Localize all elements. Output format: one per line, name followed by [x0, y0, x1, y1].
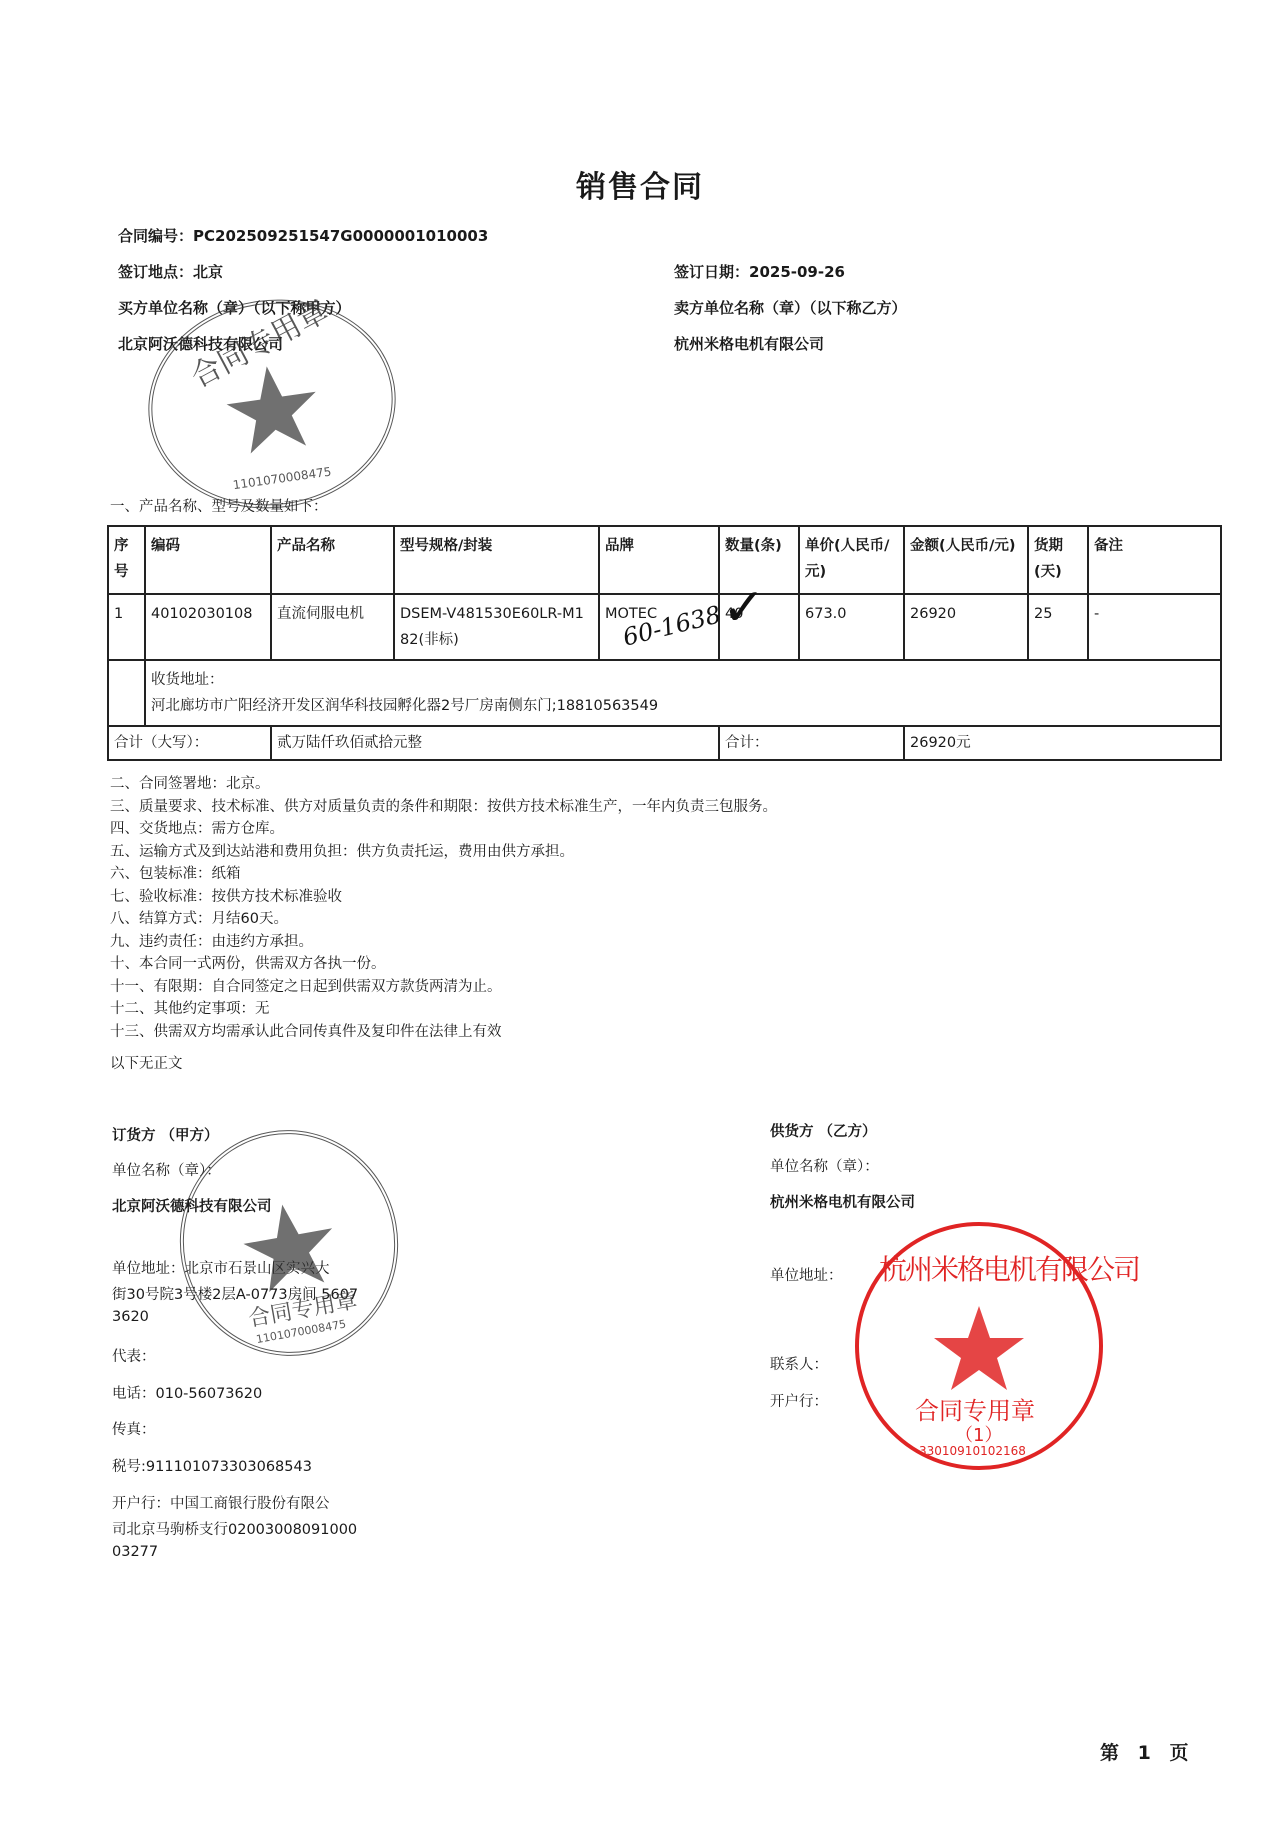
seller-label: 卖方单位名称（章）（以下称乙方） [674, 297, 907, 318]
seal-code: 1101070008475 [232, 464, 332, 492]
term-item: 二、合同签署地：北京。 [110, 773, 777, 796]
cell-lead-time: 25 [1028, 594, 1088, 660]
cell-name: 直流伺服电机 [271, 594, 394, 660]
seller-unit-name-label: 单位名称（章）： [770, 1155, 879, 1176]
sign-date-label: 签订日期： [674, 263, 749, 281]
buyer-unit-name: 北京阿沃德科技有限公司 [112, 1195, 272, 1216]
end-note: 以下无正文 [110, 1052, 183, 1073]
seal-sub-text: （1） [955, 1421, 1002, 1447]
total-upper-label: 合计（大写）： [108, 726, 271, 760]
cell-code: 40102030108 [145, 594, 271, 660]
delivery-address-cell: 收货地址： 河北廊坊市广阳经济开发区润华科技园孵化器2号厂房南侧东门;18810… [145, 660, 1221, 726]
col-unit-price: 单价(人民币/元) [799, 526, 904, 594]
contract-title: 销售合同 [0, 162, 1280, 206]
buyer-fax-label: 传真： [112, 1418, 156, 1439]
seal-code: 1101070008475 [255, 1317, 347, 1346]
seller-company-seal: 杭州米格电机有限公司 合同专用章 （1） 3301091010216​8 [855, 1222, 1103, 1470]
cell-model: DSEM-V481530E60LR-M182(非标) [394, 594, 599, 660]
table-header-row: 序号 编码 产品名称 型号规格/封装 品牌 数量(条) 单价(人民币/元) 金额… [108, 526, 1221, 594]
buyer-rep-label: 代表： [112, 1345, 156, 1366]
col-brand: 品牌 [599, 526, 719, 594]
seller-address-label: 单位地址： [770, 1264, 843, 1285]
seller-name: 杭州米格电机有限公司 [674, 333, 824, 354]
seller-sign-heading: 供货方 （乙方） [770, 1120, 877, 1141]
items-table: 序号 编码 产品名称 型号规格/封装 品牌 数量(条) 单价(人民币/元) 金额… [107, 525, 1222, 761]
buyer-unit-name-label: 单位名称（章）： [112, 1159, 221, 1180]
delivery-address-label: 收货地址： [151, 667, 1215, 693]
col-name: 产品名称 [271, 526, 394, 594]
handwritten-checkmark-icon: ✓ [722, 578, 766, 638]
col-seq: 序号 [108, 526, 145, 594]
col-amount: 金额(人民币/元) [904, 526, 1028, 594]
cell-unit-price: 673.0 [799, 594, 904, 660]
buyer-bank-line2: 司北京马驹桥支行02003008091000 [112, 1518, 357, 1539]
delivery-address: 河北廊坊市广阳经济开发区润华科技园孵化器2号厂房南侧东门;18810563549 [151, 693, 1215, 719]
buyer-sign-heading: 订货方 （甲方） [112, 1124, 219, 1145]
terms-list: 二、合同签署地：北京。 三、质量要求、技术标准、供方对质量负责的条件和期限：按供… [110, 773, 777, 1043]
total-value: 26920元 [904, 726, 1221, 760]
buyer-address-line3: 3620 [112, 1309, 149, 1325]
term-item: 三、质量要求、技术标准、供方对质量负责的条件和期限：按供方技术标准生产，一年内负… [110, 796, 777, 819]
page-number: 第 1 页 [1100, 1738, 1194, 1765]
term-item: 十三、供需双方均需承认此合同传真件及复印件在法律上有效 [110, 1021, 777, 1044]
address-row: 收货地址： 河北廊坊市广阳经济开发区润华科技园孵化器2号厂房南侧东门;18810… [108, 660, 1221, 726]
term-item: 八、结算方式：月结60天。 [110, 908, 777, 931]
buyer-address-line2: 街30号院3号楼2层A-0773房间 5607 [112, 1283, 358, 1304]
contract-number-value: PC202509251547G0000001010003 [193, 227, 488, 245]
seal-code: 3301091010216​8 [919, 1444, 1026, 1458]
term-item: 七、验收标准：按供方技术标准验收 [110, 886, 777, 909]
sign-place-value: 北京 [193, 263, 223, 281]
seller-unit-name: 杭州米格电机有限公司 [770, 1191, 915, 1212]
contract-number-label: 合同编号： [118, 227, 193, 245]
cell-amount: 26920 [904, 594, 1028, 660]
col-remark: 备注 [1088, 526, 1221, 594]
buyer-tax-no: 税号:911101073303068543 [112, 1455, 312, 1476]
term-item: 四、交货地点：需方仓库。 [110, 818, 777, 841]
buyer-company-seal-top: 合同专用章 1101070008475 [135, 284, 410, 524]
sign-place: 签订地点：北京 [118, 261, 223, 282]
seller-contact-label: 联系人： [770, 1353, 828, 1374]
term-item: 六、包装标准：纸箱 [110, 863, 777, 886]
contract-number: 合同编号：PC202509251547G0000001010003 [118, 225, 488, 246]
buyer-address-line1: 单位地址：北京市石景山区实兴大 [112, 1257, 330, 1278]
total-row: 合计（大写）： 贰万陆仟玖佰贰拾元整 合计： 26920元 [108, 726, 1221, 760]
term-item: 十二、其他约定事项：无 [110, 998, 777, 1021]
items-heading: 一、产品名称、型号及数量如下： [110, 495, 328, 516]
sign-date-value: 2025-09-26 [749, 263, 845, 281]
col-model: 型号规格/封装 [394, 526, 599, 594]
col-lead-time: 货期(天) [1028, 526, 1088, 594]
cell-seq: 1 [108, 594, 145, 660]
cell-remark: - [1088, 594, 1221, 660]
term-item: 十、本合同一式两份，供需双方各执一份。 [110, 953, 777, 976]
buyer-bank-line3: 03277 [112, 1544, 158, 1560]
seller-bank-label: 开户行： [770, 1390, 828, 1411]
buyer-bank-line1: 开户行：中国工商银行股份有限公 [112, 1492, 330, 1513]
col-code: 编码 [145, 526, 271, 594]
buyer-company-seal-bottom: 合同专用章 1101070008475 [162, 1113, 416, 1373]
sign-date: 签订日期：2025-09-26 [674, 261, 845, 282]
seal-company-text: 杭州米格电机有限公司 [879, 1248, 1139, 1288]
total-upper-value: 贰万陆仟玖佰贰拾元整 [271, 726, 719, 760]
term-item: 九、违约责任：由违约方承担。 [110, 931, 777, 954]
total-label: 合计： [719, 726, 904, 760]
sign-place-label: 签订地点： [118, 263, 193, 281]
buyer-phone: 电话：010-56073620 [112, 1382, 262, 1403]
term-item: 十一、有限期：自合同签定之日起到供需双方款货两清为止。 [110, 976, 777, 999]
seal-text: 合同专用章 [915, 1391, 1035, 1426]
term-item: 五、运输方式及到达站港和费用负担：供方负责托运，费用由供方承担。 [110, 841, 777, 864]
buyer-label: 买方单位名称（章）（以下称甲方） [118, 297, 351, 318]
buyer-name: 北京阿沃德科技有限公司 [118, 333, 283, 354]
